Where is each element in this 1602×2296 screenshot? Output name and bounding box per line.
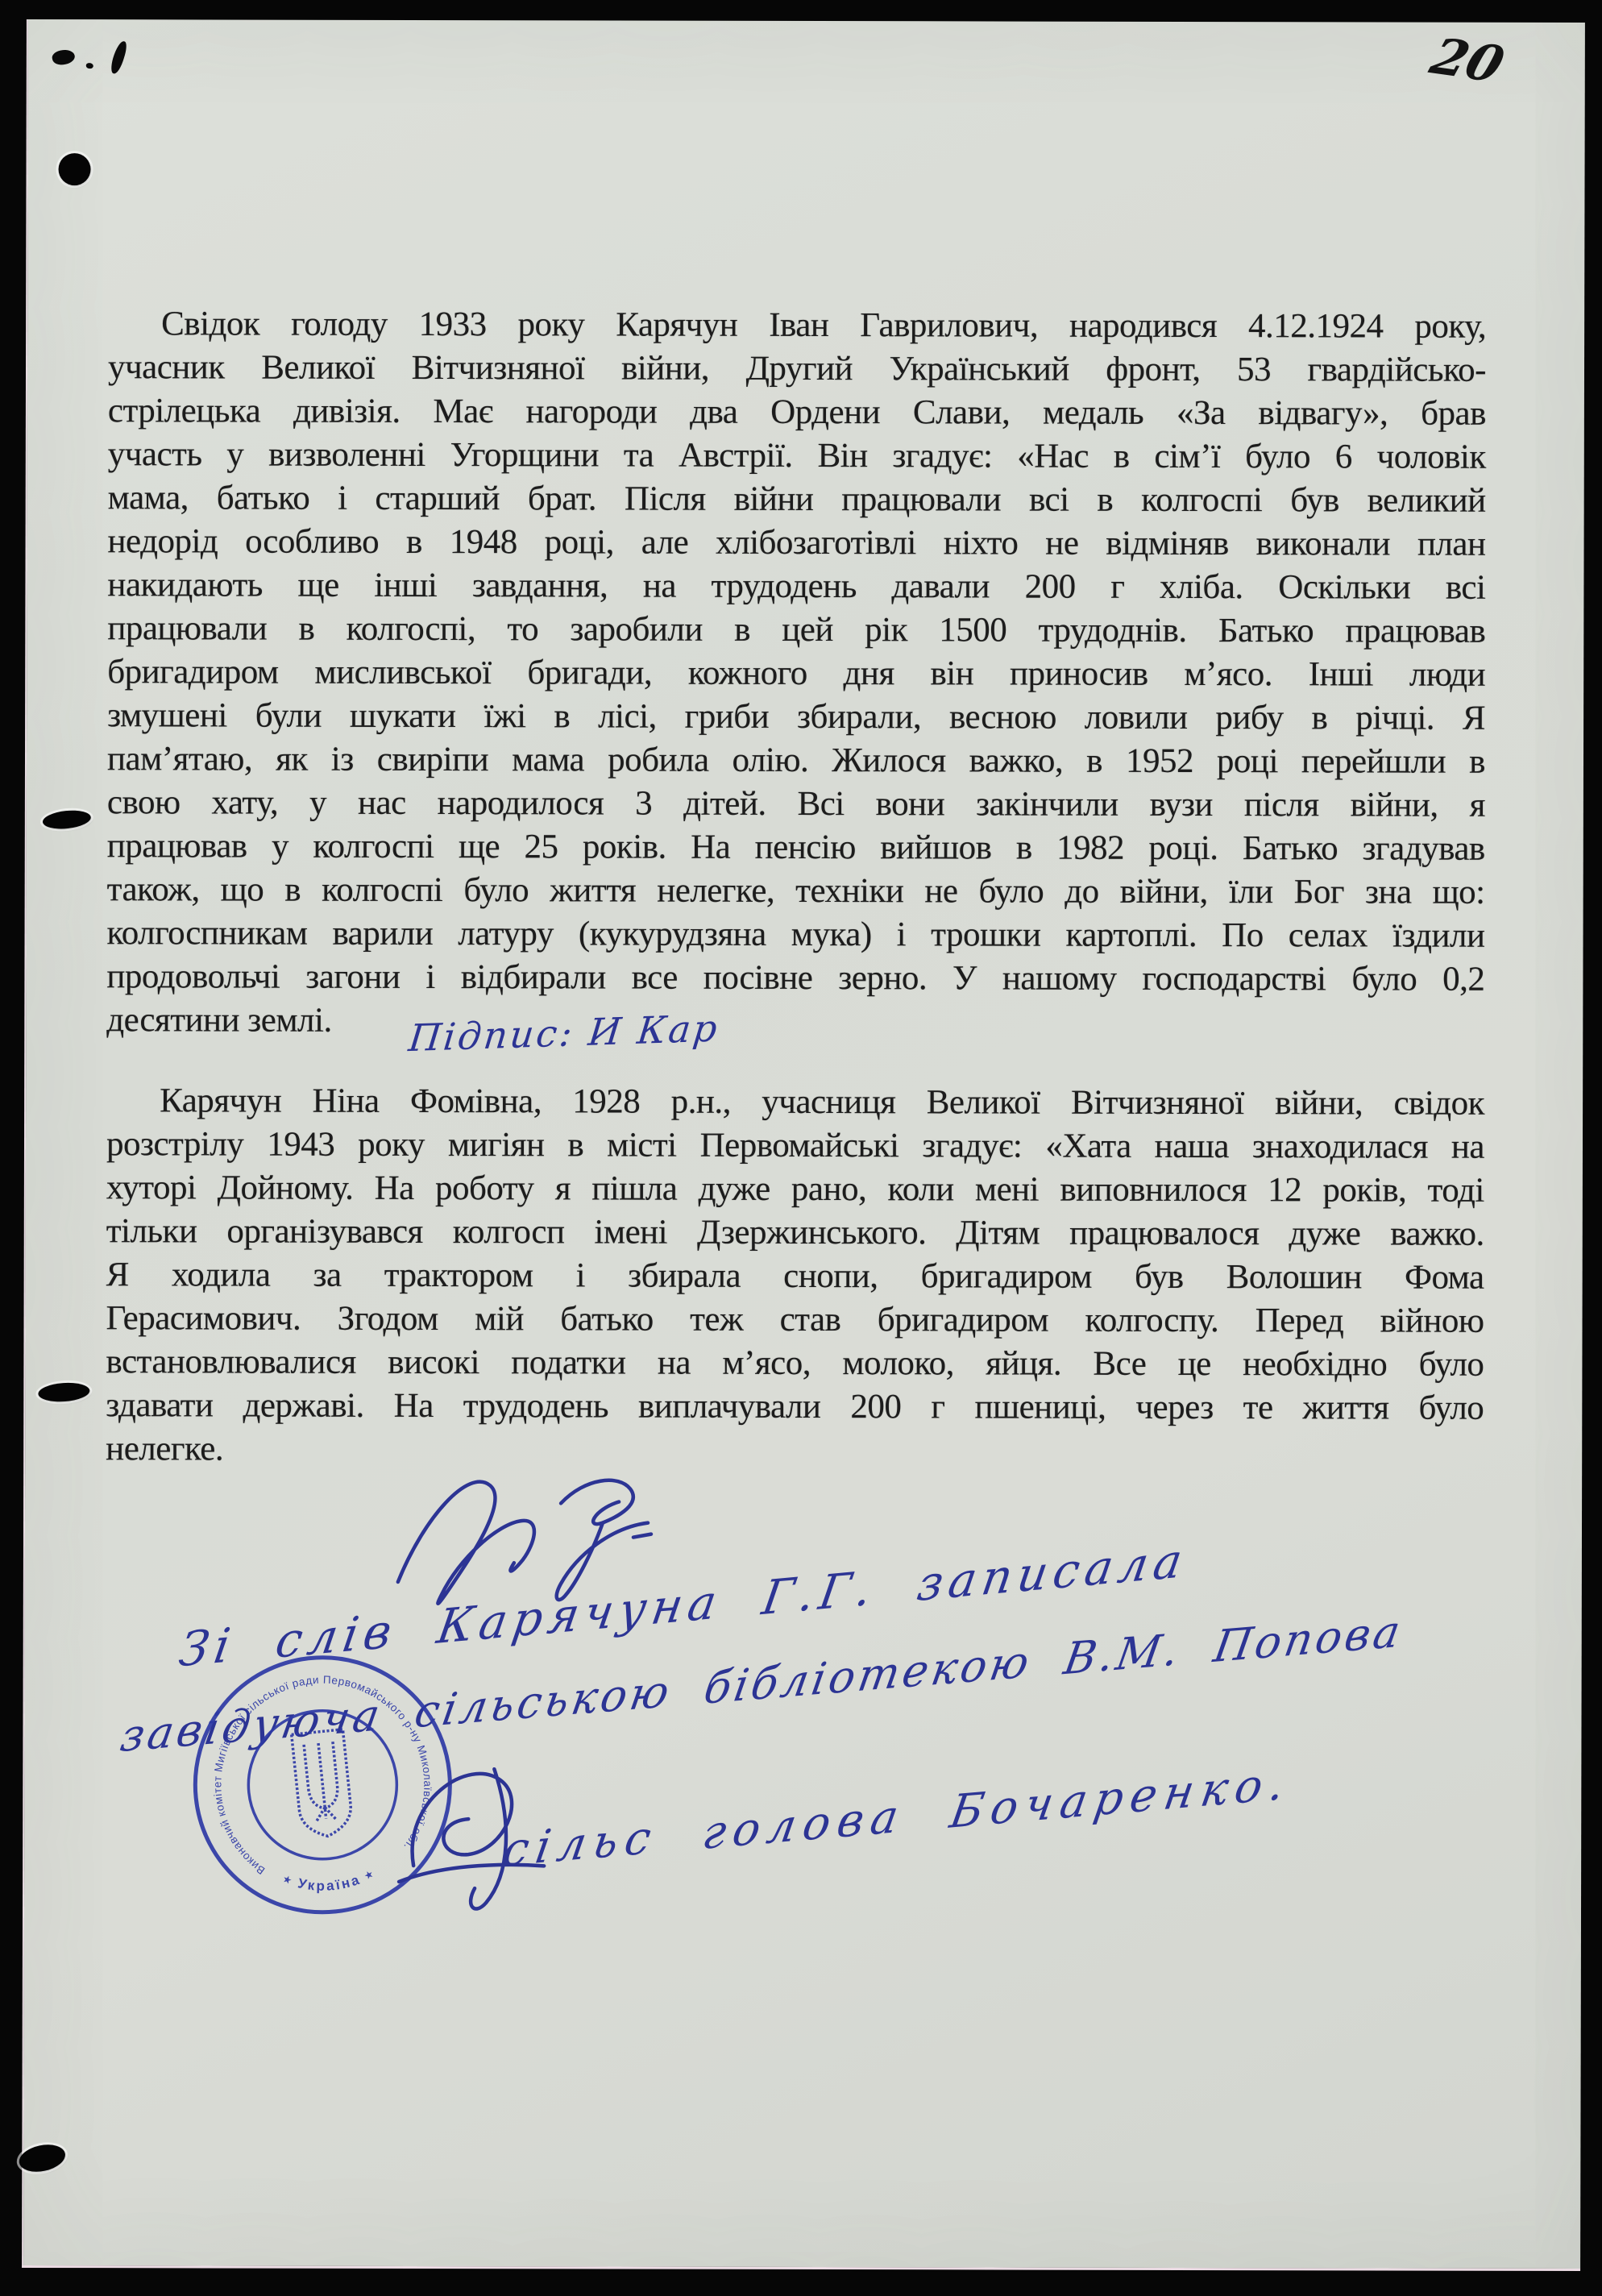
typed-text-line: розстрілу 1943 року мигіян в місті Перво… <box>106 1123 1484 1169</box>
handwritten-signature-note: Підпис: И Кар <box>407 1006 722 1060</box>
typed-text-line: також, що в колгоспі було життя нелегке,… <box>107 868 1485 915</box>
typed-text-line: працювали в колгоспі, то заробили в цей … <box>107 607 1485 654</box>
typed-text-line: бригадиром мисливської бригади, кожного … <box>107 650 1485 697</box>
typed-text-line: мама, батько і старший брат. Після війни… <box>108 476 1486 523</box>
typed-text-line: хуторі Дойному. На роботу я пішла дуже р… <box>106 1166 1484 1213</box>
document-paper: 20 Свідок голоду 1933 року Карячун Іван … <box>22 19 1585 2271</box>
torn-mark <box>86 63 93 69</box>
punch-hole <box>42 808 92 831</box>
punch-hole <box>58 153 90 185</box>
typed-text-line: десятини землі. <box>106 999 1484 1045</box>
typed-text-line: пам’ятаю, як із свиріпи мама робила олію… <box>107 737 1485 784</box>
typed-text-line: нелегке. <box>106 1427 1484 1474</box>
testimony-paragraph-2: Карячун Ніна Фомівна, 1928 р.н., учасниц… <box>106 1079 1484 1474</box>
typed-text-line: Я ходила за трактором і збирала снопи, б… <box>106 1253 1484 1300</box>
torn-mark <box>51 48 76 66</box>
typed-text-line: встановлювалися високі податки на м’ясо,… <box>106 1340 1484 1387</box>
typed-text-line: недорід особливо в 1948 році, але хлібоз… <box>108 520 1486 567</box>
typed-text-line: учасник Великої Вітчизняної війни, Други… <box>108 346 1486 392</box>
punch-hole <box>17 2140 68 2175</box>
torn-mark <box>109 39 128 75</box>
typed-text-line: змушені були шукати їжі в лісі, гриби зб… <box>107 694 1485 741</box>
typed-text-line: накидають ще інші завдання, на трудодень… <box>107 563 1485 610</box>
page-number: 20 <box>1424 27 1511 94</box>
typed-text-line: участь у визволенні Угорщини та Австрії.… <box>108 433 1486 480</box>
handwritten-attribution-line3: сільс голова Бочаренко. <box>500 1757 1296 1878</box>
punch-hole <box>38 1381 90 1403</box>
stamp-country-text: ٭ Україна ٭ <box>279 1862 377 1899</box>
testimony-paragraph-1: Свідок голоду 1933 року Карячун Іван Гав… <box>106 302 1486 1045</box>
typed-text-line: здавати державі. На трудодень виплачувал… <box>106 1384 1484 1430</box>
typed-text-line: Карячун Ніна Фомівна, 1928 р.н., учасниц… <box>106 1079 1484 1126</box>
typed-text-line: стрілецька дивізія. Має нагороди два Орд… <box>108 389 1486 436</box>
trident-emblem-icon <box>292 1729 354 1839</box>
signature-paraph-flourish <box>391 1745 552 1914</box>
typed-text-line: Герасимович. Згодом мій батько теж став … <box>106 1297 1484 1343</box>
typed-text-line: Свідок голоду 1933 року Карячун Іван Гав… <box>108 302 1486 349</box>
typed-text-line: працював у колгоспі ще 25 років. На пенс… <box>107 824 1485 871</box>
typed-text-line: колгоспникам варили латуру (кукурудзяна … <box>106 911 1484 958</box>
scanned-page: 20 Свідок голоду 1933 року Карячун Іван … <box>0 0 1602 2296</box>
typed-text-line: продовольчі загони і відбирали все посів… <box>106 955 1484 1002</box>
typed-text-line: свою хату, у нас народилося 3 дітей. Всі… <box>107 781 1485 828</box>
typed-text-line: тільки організувався колгосп імені Дзерж… <box>106 1210 1484 1256</box>
